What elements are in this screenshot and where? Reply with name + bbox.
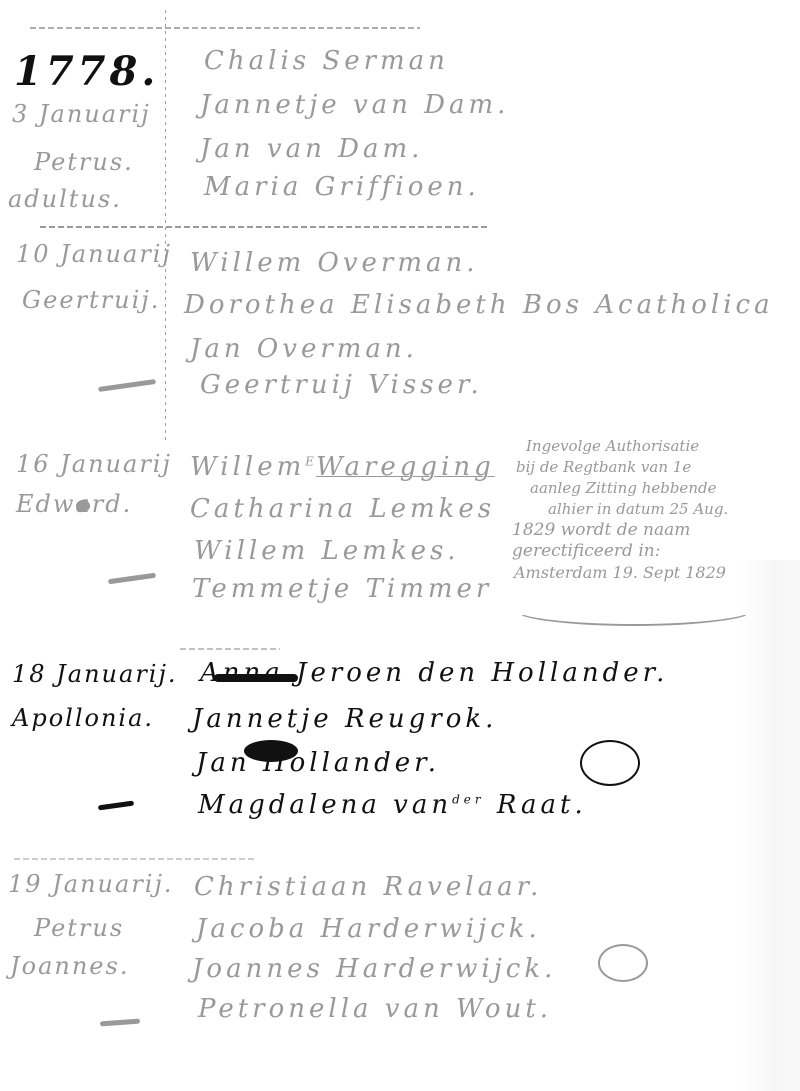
annotation-line: Ingevolge Authorisatie: [508, 436, 798, 457]
annotation-line: alhier in datum 25 Aug.: [508, 499, 798, 520]
person-line: Christiaan Ravelaar.: [194, 872, 542, 902]
entry-date: 16 Januarij: [16, 450, 172, 478]
dash-mark: [98, 801, 134, 811]
person-line: Joannes Harderwijck.: [192, 954, 556, 984]
annotation-line: gerectificeerd in:: [508, 541, 798, 562]
scan-edge-shade: [740, 560, 800, 1091]
signature-flourish: [598, 944, 648, 982]
person-line: WillemE: [190, 452, 318, 482]
annotation-line: aanleg Zitting hebbende: [508, 478, 798, 499]
person-line: Chalis Serman: [204, 46, 449, 76]
person-line: Anna Jeroen den Hollander.: [200, 658, 668, 688]
person-line: Jan Overman.: [190, 334, 418, 364]
person-line: Jan Hollander.: [196, 748, 440, 778]
child-name: Apollonia.: [12, 704, 154, 732]
dash-mark: [98, 379, 156, 392]
margin-annotation: Ingevolge Authorisatie bij de Regtbank v…: [508, 436, 798, 583]
superscript-mark: der: [452, 792, 485, 806]
ink-blot: [76, 500, 90, 512]
person-line: Jannetje van Dam.: [200, 90, 509, 120]
person-line: Petronella van Wout.: [198, 994, 552, 1024]
entry-date: 18 Januarij.: [12, 660, 178, 688]
person-line: Jannetje Reugrok.: [192, 704, 497, 734]
annotation-line: bij de Regtbank van 1e: [508, 457, 798, 478]
corrected-surname: Waregging: [316, 452, 495, 482]
person-line: Temmetje Timmer: [192, 574, 492, 604]
child-name-second: Joannes.: [10, 952, 129, 980]
child-name: Edward.: [16, 490, 132, 518]
person-line: Willem Lemkes.: [194, 536, 460, 566]
dash-mark: [100, 1019, 140, 1027]
person-line: Geertruij Visser.: [200, 370, 483, 400]
child-name: Petrus: [34, 914, 124, 942]
register-year: 1778.: [14, 48, 159, 95]
entry-divider: [180, 648, 280, 650]
register-page: 1778. 3 Januarij Petrus. adultus. Chalis…: [0, 0, 800, 1091]
annotation-flourish: [512, 592, 756, 626]
person-line: Maria Griffioen.: [204, 172, 480, 202]
person-name-part: Raat.: [485, 790, 587, 820]
person-name-part: Magdalena van: [198, 790, 452, 820]
child-name: Geertruij.: [22, 286, 160, 314]
column-divider: [165, 10, 166, 440]
signature-flourish: [580, 740, 640, 786]
entry-divider: [40, 226, 490, 228]
entry-date: 3 Januarij: [12, 100, 151, 128]
person-line: Magdalena vander Raat.: [198, 790, 587, 820]
person-line: Catharina Lemkes: [190, 494, 495, 524]
child-name: Petrus.: [34, 148, 134, 176]
annotation-line: 1829 wordt de naam: [508, 520, 798, 541]
top-rule: [30, 27, 420, 29]
person-line: Jacoba Harderwijck.: [196, 914, 541, 944]
person-line: Dorothea Elisabeth Bos Acatholica: [184, 290, 774, 320]
person-given-name: Willem: [190, 452, 305, 482]
entry-date: 19 Januarij.: [8, 870, 174, 898]
person-line: Jan van Dam.: [200, 134, 423, 164]
entry-date: 10 Januarij: [16, 240, 172, 268]
person-line: Willem Overman.: [190, 248, 479, 278]
child-name-qualifier: adultus.: [8, 185, 122, 213]
entry-divider: [14, 858, 254, 860]
strikethrough-blot: [214, 674, 298, 682]
dash-mark: [108, 573, 156, 585]
annotation-line: Amsterdam 19. Sept 1829: [508, 562, 798, 583]
